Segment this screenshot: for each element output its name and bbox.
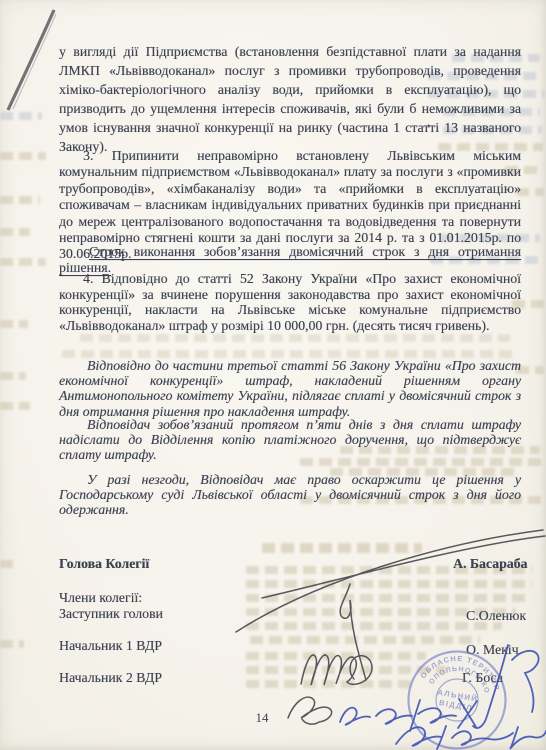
page-number: 14 — [0, 710, 546, 726]
bleedthrough-line — [0, 228, 30, 236]
bleedthrough-line — [0, 320, 28, 328]
bleedthrough-line — [0, 258, 46, 266]
bleedthrough-line — [246, 580, 532, 588]
fold-mark — [8, 10, 56, 110]
paragraph-appeal-right: У разі незгоди, Відповідач має право оск… — [59, 472, 521, 518]
signature-name-mekich: О. Мекіч — [466, 642, 519, 658]
signature-name-olenyuk: С.Оленюк — [466, 608, 526, 624]
bleedthrough-line — [62, 350, 517, 358]
paragraph-intro-violation: у вигляді дії Підприємства (встановлення… — [59, 42, 521, 156]
signature-label-board-members: Члени колегії: — [59, 590, 142, 606]
stray-ink-mark: , — [427, 114, 430, 130]
signature-ink-blue — [340, 645, 546, 749]
stamp-center-text-line1: АЛЬНИЙ — [437, 688, 479, 704]
bleedthrough-line — [0, 402, 30, 410]
paragraph-payment-proof: Відповідач зобов’язаний протягом п’яти д… — [59, 417, 521, 463]
bleedthrough-line — [246, 652, 426, 660]
bleedthrough-line — [0, 640, 24, 648]
signature-name-basaraba: А. Басараба — [453, 556, 527, 572]
bleedthrough-line — [0, 196, 40, 204]
bleedthrough-line — [262, 543, 422, 553]
bleedthrough-line — [246, 666, 446, 674]
paragraph-point-4-fine: 4. Відповідно до статті 52 Закону Україн… — [59, 271, 521, 333]
scanned-document-page: у вигляді дії Підприємства (встановлення… — [0, 0, 546, 750]
bleedthrough-line — [80, 334, 510, 342]
signature-label-chief-2-vdr: Начальник 2 ВДР — [59, 670, 162, 686]
bleedthrough-line — [246, 622, 502, 630]
bleedthrough-line — [0, 152, 46, 160]
signature-label-deputy-head: Заступник голови — [59, 606, 163, 622]
bleedthrough-line — [246, 680, 416, 688]
paragraph-law-payment-term: Відповідно до частини третьої статті 56 … — [59, 358, 521, 419]
bleedthrough-line — [250, 636, 480, 644]
bleedthrough-line — [0, 112, 42, 120]
signature-label-head-of-board: Голова Колегії — [59, 556, 149, 572]
bleedthrough-line — [246, 594, 526, 602]
bleedthrough-line — [0, 372, 26, 380]
bleedthrough-line — [0, 560, 18, 568]
signature-label-chief-1-vdr: Начальник 1 ВДР — [59, 638, 162, 654]
signature-name-bosa: Г. Боса — [462, 670, 503, 686]
